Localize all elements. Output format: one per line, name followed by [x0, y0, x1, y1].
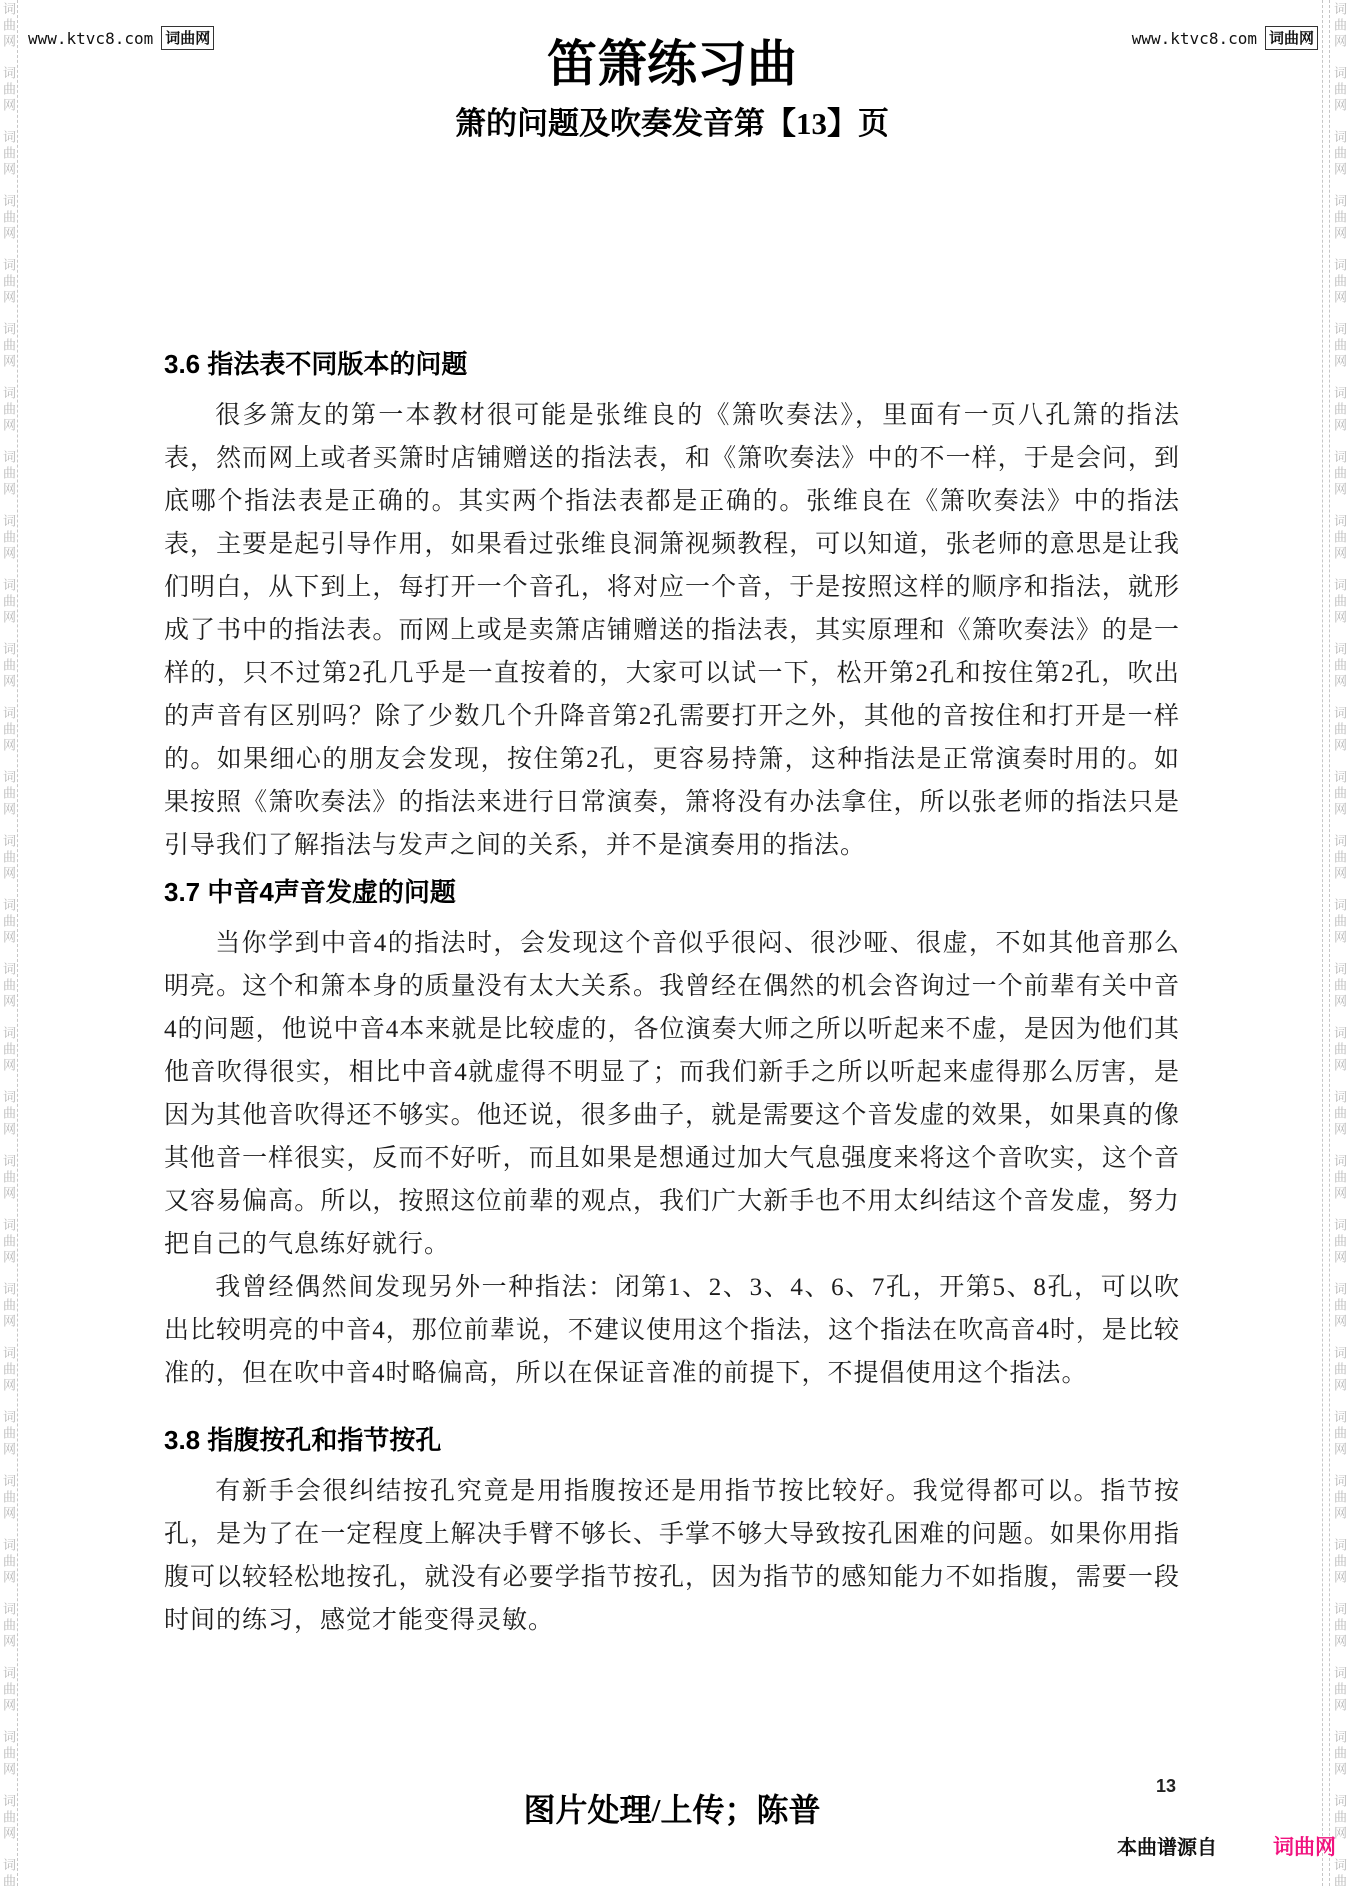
- source-site-link: 词曲网: [1273, 1831, 1336, 1861]
- section-heading: 3.8 指腹按孔和指节按孔: [164, 1424, 1180, 1456]
- section-paragraph: 当你学到中音4的指法时，会发现这个音似乎很闷、很沙哑、很虚，不如其他音那么明亮。…: [164, 922, 1180, 1266]
- left-dashed-border: [17, 0, 18, 1886]
- watermark-site-badge: 词曲网: [1265, 26, 1318, 50]
- section-heading: 3.6 指法表不同版本的问题: [164, 348, 1180, 380]
- left-side-watermark-column: 词曲网 词曲网 词曲网 词曲网 词曲网 词曲网 词曲网 词曲网 词曲网 词曲网 …: [1, 2, 15, 1886]
- right-dashed-border-outer: [1322, 0, 1323, 1886]
- page-title: 笛箫练习曲: [164, 36, 1180, 92]
- right-dashed-border-inner: [1329, 0, 1330, 1886]
- section-paragraph: 很多箫友的第一本教材很可能是张维良的《箫吹奏法》，里面有一页八孔箫的指法表，然而…: [164, 394, 1180, 867]
- section-3-8: 3.8 指腹按孔和指节按孔 有新手会很纠结按孔究竟是用指腹按还是用指节按比较好。…: [164, 1424, 1180, 1642]
- page-subtitle: 箫的问题及吹奏发音第【13】页: [164, 104, 1180, 144]
- section-heading: 3.7 中音4声音发虚的问题: [164, 876, 1180, 908]
- right-side-watermark-column: 词曲网 词曲网 词曲网 词曲网 词曲网 词曲网 词曲网 词曲网 词曲网 词曲网 …: [1332, 2, 1346, 1886]
- watermark-url: www.ktvc8.com: [28, 29, 153, 48]
- page-number: 13: [1156, 1776, 1176, 1797]
- document-page: 词曲网 词曲网 词曲网 词曲网 词曲网 词曲网 词曲网 词曲网 词曲网 词曲网 …: [0, 0, 1350, 1886]
- section-paragraph: 我曾经偶然间发现另外一种指法：闭第1、2、3、4、6、7孔，开第5、8孔，可以吹…: [164, 1266, 1180, 1395]
- section-3-7: 3.7 中音4声音发虚的问题 当你学到中音4的指法时，会发现这个音似乎很闷、很沙…: [164, 876, 1180, 1395]
- section-3-6: 3.6 指法表不同版本的问题 很多箫友的第一本教材很可能是张维良的《箫吹奏法》，…: [164, 348, 1180, 867]
- section-paragraph: 有新手会很纠结按孔究竟是用指腹按还是用指节按比较好。我觉得都可以。指节按孔，是为…: [164, 1470, 1180, 1642]
- footer-credit: 图片处理/上传；陈普: [164, 1785, 1180, 1831]
- source-label: 本曲谱源自: [1117, 1831, 1217, 1860]
- source-attribution: 本曲谱源自 词曲网: [1117, 1831, 1336, 1861]
